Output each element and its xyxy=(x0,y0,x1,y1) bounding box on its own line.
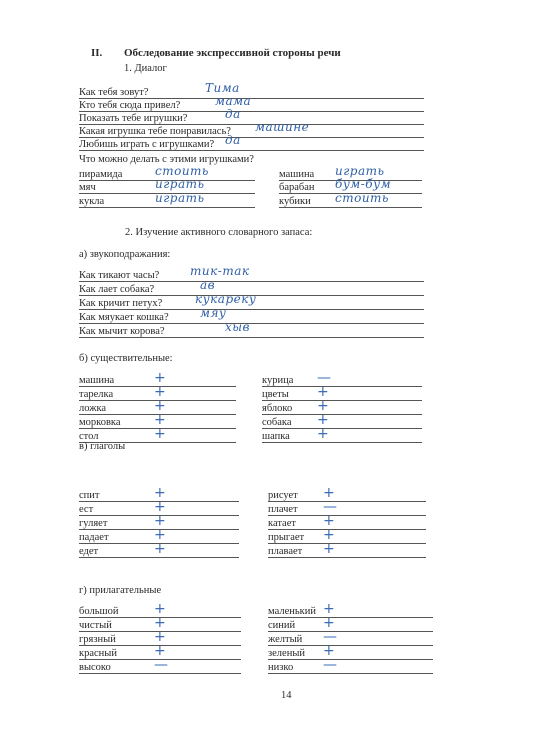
word-label: синий xyxy=(268,620,295,631)
answer-line xyxy=(279,207,422,208)
word-label: красный xyxy=(79,648,117,659)
question-label: Любишь играть с игрушками? xyxy=(79,139,214,150)
word-label: ест xyxy=(79,504,93,515)
check-mark: + xyxy=(323,542,335,556)
handwritten-answer: играть xyxy=(155,191,205,205)
handwritten-answer: стоить xyxy=(335,191,389,205)
section-title: Обследование экспрессивной стороны речи xyxy=(124,47,341,59)
check-mark: + xyxy=(154,427,166,441)
check-mark: + xyxy=(154,413,166,427)
question-label: Как мычит корова? xyxy=(79,326,165,337)
word-label: рисует xyxy=(268,490,298,501)
answer-line xyxy=(268,501,426,502)
answer-line xyxy=(79,207,255,208)
section-number: II. xyxy=(91,47,102,59)
word-label: едет xyxy=(79,546,98,557)
check-mark: + xyxy=(154,500,166,514)
answer-line xyxy=(268,673,433,674)
answer-line xyxy=(79,673,241,674)
subheading: б) существительные: xyxy=(79,353,173,364)
check-mark: — xyxy=(317,371,331,385)
subheading: г) прилагательные xyxy=(79,585,161,596)
answer-line xyxy=(262,400,422,401)
word-label: плачет xyxy=(268,504,298,515)
check-mark: + xyxy=(154,514,166,528)
check-mark: + xyxy=(154,399,166,413)
handwritten-answer: кукареку xyxy=(195,292,256,306)
answer-line xyxy=(268,543,426,544)
question-label: Как мяукает кошка? xyxy=(79,312,169,323)
handwritten-answer: Тима xyxy=(205,81,240,95)
toy-label: пирамида xyxy=(79,169,122,180)
answer-line xyxy=(79,111,424,112)
answer-line xyxy=(79,281,424,282)
question-label: Как лает собака? xyxy=(79,284,154,295)
word-label: маленький xyxy=(268,606,316,617)
check-mark: + xyxy=(323,644,335,658)
answer-line xyxy=(262,386,422,387)
toy-label: кубики xyxy=(279,196,311,207)
check-mark: — xyxy=(323,658,337,672)
answer-line xyxy=(268,645,433,646)
word-label: гуляет xyxy=(79,518,107,529)
word-label: цветы xyxy=(262,389,289,400)
handwritten-answer: ав xyxy=(200,278,215,292)
handwritten-answer: машине xyxy=(255,120,309,134)
word-label: плавает xyxy=(268,546,302,557)
check-mark: + xyxy=(317,413,329,427)
check-mark: + xyxy=(154,542,166,556)
handwritten-answer: играть xyxy=(335,164,385,178)
handwritten-answer: стоить xyxy=(155,164,209,178)
question-label: Как тебя зовут? xyxy=(79,87,148,98)
subheading-sounds: а) звукоподражания: xyxy=(79,249,170,260)
word-label: высоко xyxy=(79,662,111,673)
handwritten-answer: мама xyxy=(215,94,251,108)
handwritten-answer: тик-так xyxy=(190,264,250,278)
check-mark: + xyxy=(154,644,166,658)
check-mark: + xyxy=(154,630,166,644)
check-mark: + xyxy=(154,385,166,399)
toy-label: машина xyxy=(279,169,314,180)
word-label: тарелка xyxy=(79,389,113,400)
vocab-heading: 2. Изучение активного словарного запаса: xyxy=(125,227,312,238)
check-mark: + xyxy=(323,486,335,500)
answer-line xyxy=(79,309,424,310)
word-label: ложка xyxy=(79,403,106,414)
question-label: Кто тебя сюда привел? xyxy=(79,100,180,111)
check-mark: + xyxy=(317,399,329,413)
check-mark: + xyxy=(323,602,335,616)
answer-line xyxy=(268,659,433,660)
answer-line xyxy=(268,529,426,530)
word-label: чистый xyxy=(79,620,112,631)
check-mark: — xyxy=(323,630,337,644)
handwritten-answer: хыв xyxy=(225,320,250,334)
check-mark: + xyxy=(323,514,335,528)
dialog-heading: 1. Диалог xyxy=(124,63,167,74)
word-label: низко xyxy=(268,662,293,673)
answer-line xyxy=(268,631,433,632)
question-label: Показать тебе игрушки? xyxy=(79,113,187,124)
toy-label: мяч xyxy=(79,182,96,193)
word-label: желтый xyxy=(268,634,302,645)
handwritten-answer: да xyxy=(225,133,241,147)
check-mark: + xyxy=(154,602,166,616)
answer-line xyxy=(79,137,424,138)
word-label: морковка xyxy=(79,417,121,428)
handwritten-answer: мяу xyxy=(200,306,226,320)
word-label: грязный xyxy=(79,634,116,645)
word-label: прыгает xyxy=(268,532,304,543)
check-mark: + xyxy=(154,371,166,385)
word-label: спит xyxy=(79,490,100,501)
word-label: падает xyxy=(79,532,109,543)
handwritten-answer: играть xyxy=(155,177,205,191)
word-label: шапка xyxy=(262,431,290,442)
answer-line xyxy=(79,323,424,324)
check-mark: + xyxy=(323,528,335,542)
answer-line xyxy=(79,124,424,125)
handwritten-answer: бум-бум xyxy=(335,177,391,191)
check-mark: + xyxy=(154,616,166,630)
check-mark: — xyxy=(323,500,337,514)
question-label: Как тикают часы? xyxy=(79,270,159,281)
answer-line xyxy=(79,337,424,338)
toy-label: барабан xyxy=(279,182,315,193)
word-label: собака xyxy=(262,417,292,428)
answer-line xyxy=(268,515,426,516)
answer-line xyxy=(268,617,433,618)
toy-label: кукла xyxy=(79,196,104,207)
word-label: яблоко xyxy=(262,403,292,414)
answer-line xyxy=(268,557,426,558)
check-mark: + xyxy=(154,486,166,500)
page-number: 14 xyxy=(281,690,292,701)
answer-line xyxy=(262,428,422,429)
word-label: машина xyxy=(79,375,114,386)
question-label: Какая игрушка тебе понравилась? xyxy=(79,126,231,137)
check-mark: + xyxy=(317,385,329,399)
word-label: зеленый xyxy=(268,648,305,659)
check-mark: + xyxy=(317,427,329,441)
word-label: курица xyxy=(262,375,293,386)
answer-line xyxy=(262,414,422,415)
answer-line xyxy=(79,98,424,99)
handwritten-answer: да xyxy=(225,107,241,121)
check-mark: + xyxy=(154,528,166,542)
answer-line xyxy=(79,557,239,558)
word-label: катает xyxy=(268,518,296,529)
word-label: большой xyxy=(79,606,118,617)
subheading: в) глаголы xyxy=(79,441,125,452)
answer-line xyxy=(262,442,422,443)
check-mark: — xyxy=(154,658,168,672)
question-label: Как кричит петух? xyxy=(79,298,162,309)
answer-line xyxy=(79,150,424,151)
check-mark: + xyxy=(323,616,335,630)
